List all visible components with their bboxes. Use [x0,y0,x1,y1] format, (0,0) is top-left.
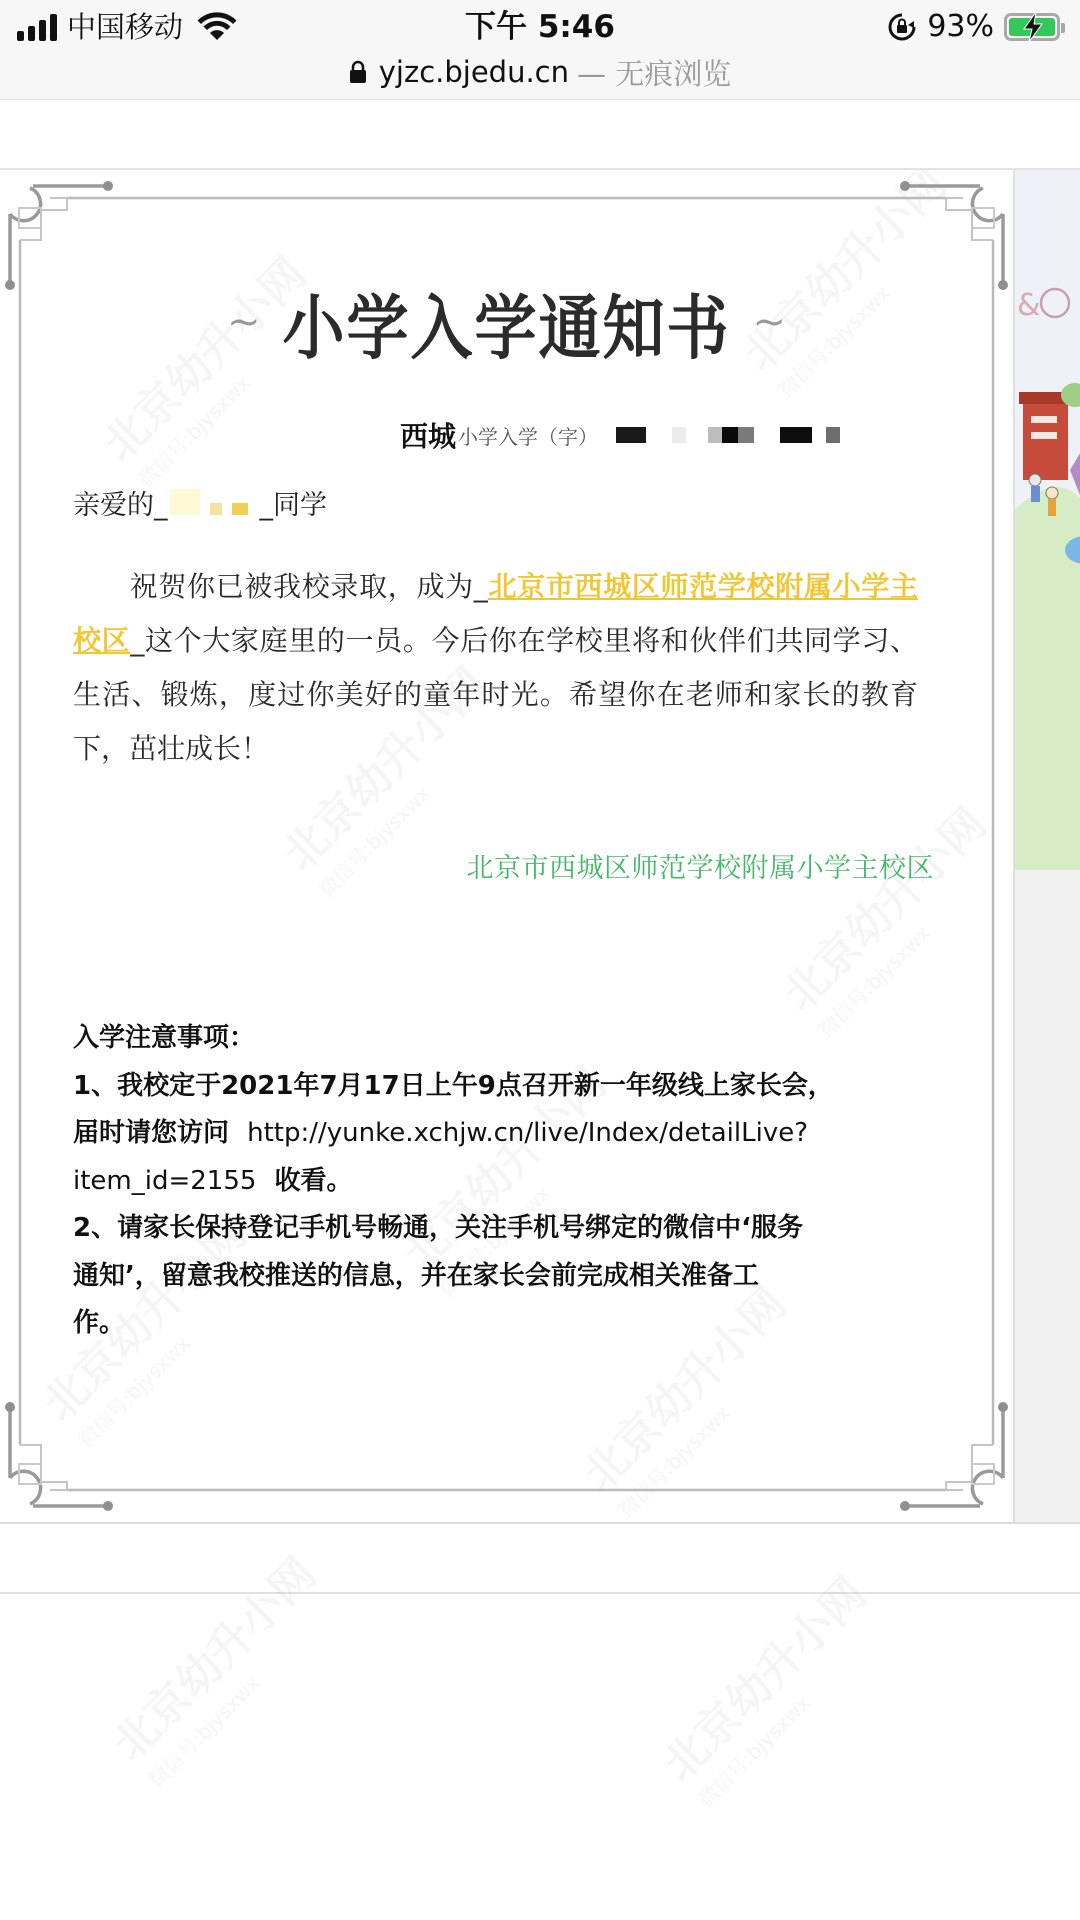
greeting: 亲爱的_ _同学 [73,482,327,522]
letter-number-label: 小学入学（字） [458,421,598,450]
greeting-prefix: 亲爱的_ [73,483,168,522]
page-divider-bottom [0,1522,1080,1524]
battery-charging-icon [1004,13,1060,41]
letter-number-row: 西城 小学入学（字） [400,414,840,456]
note-item-2-end: 作。 [73,1300,933,1348]
browser-chrome: 中国移动 下午 5:46 93% yjzc.bjedu.cn — 无痕浏览 [0,0,1080,100]
admission-letter: 北京幼升小网微信号:bjysxwx 北京幼升小网微信号:bjysxwx 北京幼升… [0,170,1013,1522]
note-item-2: 2、请家长保持登记手机号畅通，关注手机号绑定的微信中‘服务 [73,1205,933,1253]
livestream-url-cont: item_id=2155 [73,1166,256,1196]
title-ornament-left: ~ [227,299,261,345]
letter-body: 祝贺你已被我校录取，成为_北京市西城区师范学校附属小学主校区_这个大家庭里的一员… [73,560,918,776]
note-item-2-cont: 通知’，留意我校推送的信息，并在家长会前完成相关准备工 [73,1253,933,1301]
address-bar[interactable]: yjzc.bjedu.cn — 无痕浏览 [0,52,1080,92]
rotation-lock-icon [887,12,917,42]
school-signature: 北京市西城区师范学校附属小学主校区 [467,846,935,885]
district-name: 西城 [400,415,456,455]
school-name-highlight: 北京市西城区师范学校附属小 [488,570,861,603]
watermark: 北京幼升小网微信号:bjysxwx [646,1560,898,1812]
note-item-1: 1、我校定于2021年7月17日上午9点召开新一年级线上家长会， [73,1063,933,1111]
cartoon-school-illustration: & [1015,170,1080,870]
note-item-1-visit: 届时请您访问 http://yunke.xchjw.cn/live/Index/… [73,1110,933,1158]
letter-title: 小学入学通知书 [282,272,730,372]
status-right: 93% [887,8,1060,46]
battery-percentage: 93% [927,8,994,46]
private-mode-label: — 无痕浏览 [577,52,731,93]
title-row: ~ 小学入学通知书 ~ [0,282,1013,362]
title-ornament-right: ~ [753,299,787,345]
body-intro: 祝贺你已被我校录取，成为_ [129,570,488,603]
notes-heading: 入学注意事项： [73,1015,933,1063]
svg-text:&: & [1017,288,1040,323]
note-item-1-url-cont: item_id=2155 收看。 [73,1158,933,1206]
redacted-number [616,427,840,443]
body-rest: _这个大家庭里的一员。今后你在学校里将和伙伴们共同学习、生活、锻炼，度过你美好的… [73,624,918,765]
greeting-suffix: _同学 [260,483,328,522]
url-host: yjzc.bjedu.cn [379,55,569,89]
lock-icon [349,60,367,84]
redacted-student-name [170,489,258,515]
adjacent-image-strip[interactable]: & [1013,170,1080,1522]
content-divider [0,1592,1080,1594]
watermark: 北京幼升小网微信号:bjysxwx [96,1540,348,1792]
enrollment-notes: 入学注意事项： 1、我校定于2021年7月17日上午9点召开新一年级线上家长会，… [73,1015,933,1348]
livestream-url: http://yunke.xchjw.cn/live/Index/detailL… [247,1118,808,1148]
